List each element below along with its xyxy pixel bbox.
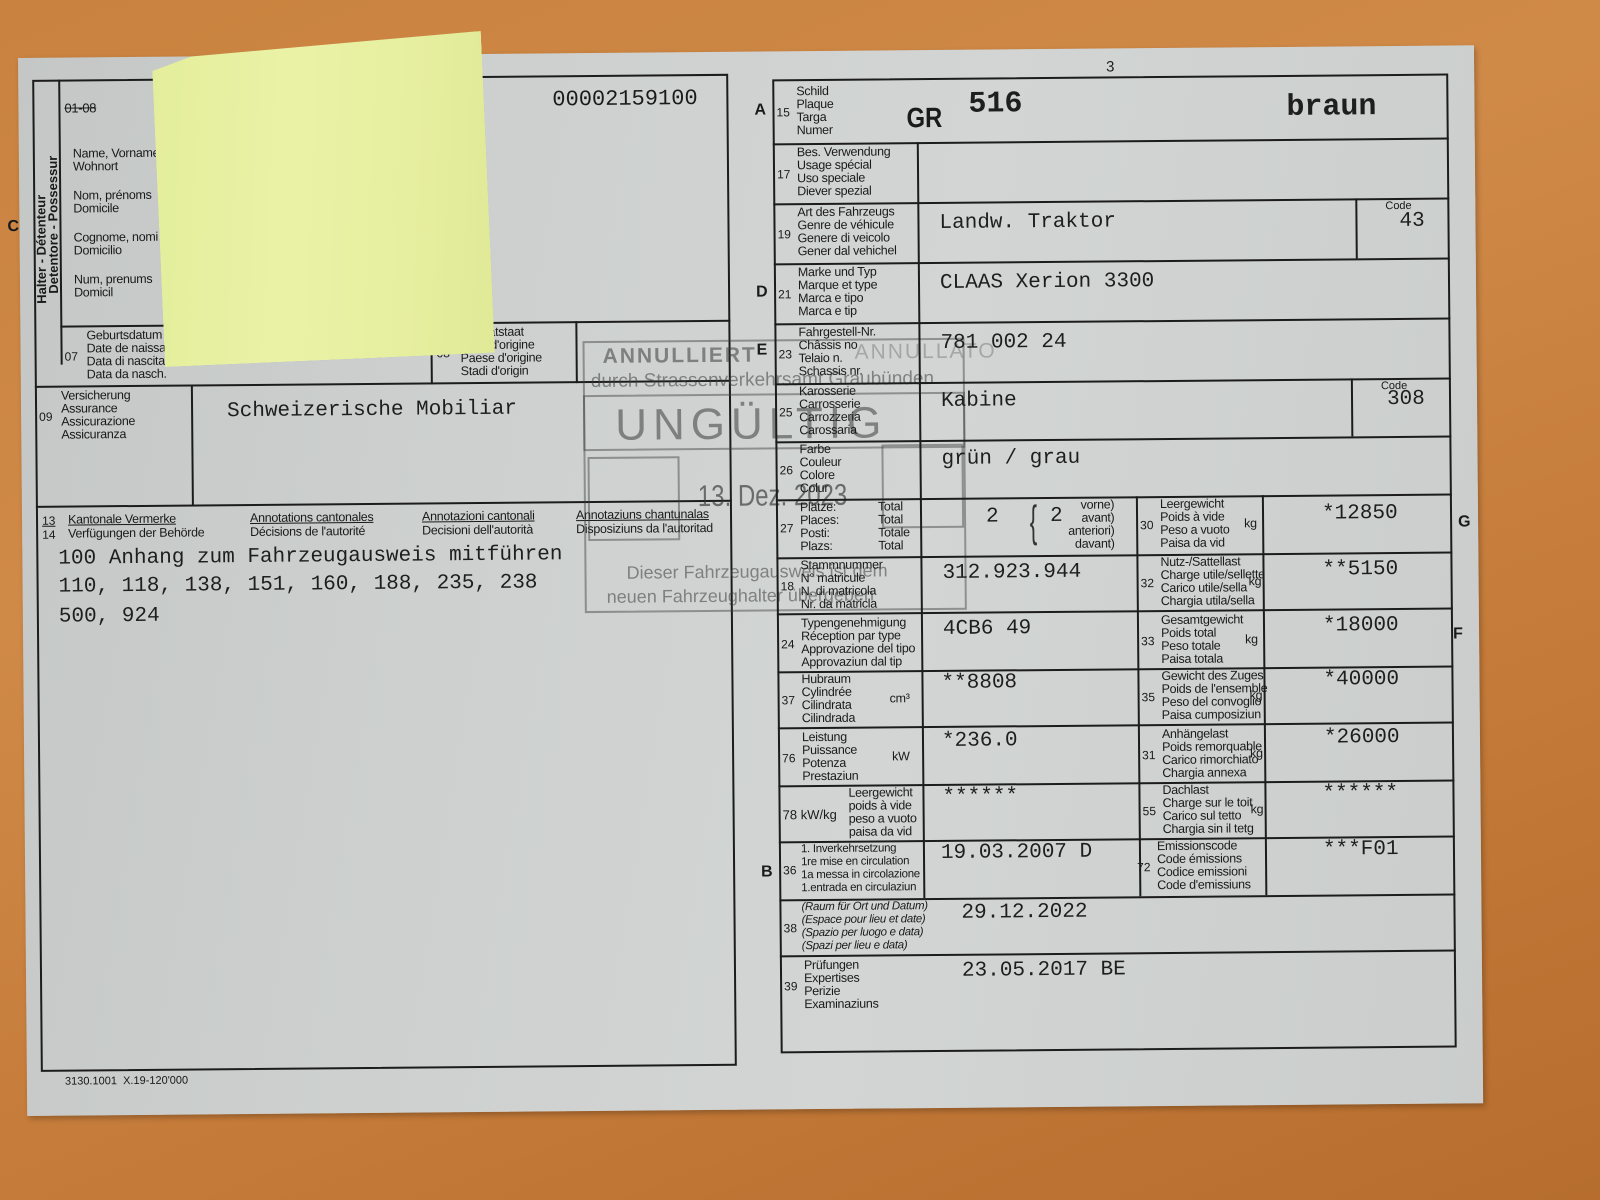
annotation-line-1: 100 Anhang zum Fahrzeugausweis mitführen — [58, 543, 562, 570]
unit: kW — [892, 750, 910, 763]
unit: kg — [1250, 689, 1263, 702]
field-number: 17 — [777, 167, 790, 181]
section-letter-b: B — [761, 863, 773, 881]
section-letter-g: G — [1458, 513, 1471, 531]
label: davant) — [1068, 537, 1114, 550]
field-number: 21 — [778, 287, 791, 301]
holder-label: Domicilio — [74, 244, 167, 258]
field-21-labels: Marke und Typ Marque et type Marca e tip… — [798, 266, 878, 319]
holder-vertical-label-2: Detentore - Possessur — [45, 156, 61, 294]
label: Paisa totala — [1161, 652, 1243, 666]
label: 1a messa in circolazione — [801, 868, 920, 882]
insurance-value: Schweizerische Mobiliar — [227, 398, 517, 424]
field-19-labels: Art des Fahrzeugs Genre de véhicule Gene… — [797, 205, 896, 258]
field-number: 31 — [1142, 748, 1155, 762]
field-number: 27 — [780, 521, 793, 535]
make-model-value: CLAAS Xerion 3300 — [940, 270, 1154, 295]
field-number: 39 — [784, 979, 797, 993]
field-23-labels: Fahrgestell-Nr. Châssis no Telaio n. Sch… — [798, 326, 876, 379]
holder-label: Wohnort — [73, 160, 166, 174]
label: Chargia annexa — [1162, 766, 1262, 780]
annotation-header: Decisioni dell'autorità — [422, 524, 533, 538]
field-39-labels: Prüfungen Expertises Perizie Examinaziun… — [804, 959, 879, 1012]
field-number: 78 kW/kg — [783, 807, 837, 822]
color-value: grün / grau — [941, 447, 1080, 471]
section-letter-d: D — [756, 283, 768, 301]
holder-labels: Name, Vornamen Wohnort Nom, prénoms Domi… — [73, 147, 167, 300]
payload-value: **5150 — [1322, 558, 1398, 582]
stamp-annulliert: ANNULLIERT — [603, 344, 757, 369]
field-17-labels: Bes. Verwendung Usage spécial Uso specia… — [797, 145, 891, 198]
field-number: 13 — [42, 514, 55, 528]
field-number: 38 — [784, 921, 797, 935]
label: Chargia utila/sella — [1161, 594, 1265, 608]
label: Plazs: — [800, 540, 839, 553]
field-15-labels: Schild Plaque Targa Numer — [796, 85, 834, 137]
label: (Spazio per luogo e data) — [802, 926, 928, 940]
label: Numer — [797, 124, 834, 137]
field-number: 19 — [778, 227, 791, 241]
unit: kg — [1249, 575, 1262, 588]
field-31-labels: Anhängelast Poids remorquable Carico rim… — [1162, 727, 1262, 780]
field-number: 24 — [781, 637, 794, 651]
plate-number: 516 — [968, 87, 1022, 121]
field-27-total-labels: Total Total Totale Total — [878, 500, 910, 552]
sticky-note[interactable] — [151, 31, 495, 367]
field-26-labels: Farbe Couleur Colore Colur — [799, 443, 841, 495]
section-letter-c: C — [7, 218, 19, 236]
first-registration-value: 19.03.2007 D — [941, 841, 1092, 865]
body-value: Kabine — [941, 389, 1017, 413]
unit: kg — [1251, 803, 1264, 816]
label: Cilindrada — [802, 712, 855, 725]
power-value: *236.0 — [942, 729, 1018, 753]
place-date-value: 29.12.2022 — [961, 901, 1087, 925]
plate-canton: GR — [906, 102, 942, 134]
label: Carossaria — [799, 424, 860, 438]
body-code: 308 — [1387, 388, 1425, 411]
field-72-labels: Emissionscode Code émissions Codice emis… — [1157, 839, 1251, 892]
seats-total: 2 — [986, 505, 999, 528]
vehicle-type-code: 43 — [1399, 210, 1424, 233]
field-33-labels: Gesamtgewicht Poids total Peso totale Pa… — [1161, 613, 1244, 666]
label: 1. Inverkehrsetzung — [801, 842, 920, 856]
label: Chargia sin il tetg — [1163, 822, 1254, 836]
empty-weight-value: *12850 — [1322, 502, 1398, 526]
field-number: 25 — [779, 405, 792, 419]
label: Schassis nr. — [799, 365, 877, 379]
annotation-line-2: 110, 118, 138, 151, 160, 188, 235, 238 — [59, 571, 538, 598]
trailer-load-value: *26000 — [1324, 726, 1400, 750]
annotation-header: Décisions de l'autorité — [250, 525, 365, 539]
label: Gener dal vehichel — [798, 244, 897, 258]
unit: kg — [1245, 633, 1258, 646]
field-number: 37 — [782, 693, 795, 707]
section-letter-e: E — [757, 341, 768, 359]
label: Total — [878, 539, 910, 552]
field-25-labels: Karosserie Carrosserie Carrozzeria Caros… — [799, 385, 861, 438]
struck-out-text: 01-08 — [64, 101, 96, 114]
section-letter-a: A — [754, 101, 766, 119]
field-number: 26 — [780, 463, 793, 477]
field-36-labels: 1. Inverkehrsetzung 1re mise en circulat… — [801, 842, 920, 895]
emissions-code-value: ***F01 — [1323, 838, 1399, 862]
label: 1re mise en circulation — [801, 855, 920, 869]
vehicle-type-value: Landw. Traktor — [939, 210, 1116, 235]
field-27-labels: Plätze: Places: Posti: Plazs: — [800, 501, 839, 553]
holder-label: Domicil — [74, 286, 167, 300]
label: (Spazi per lieu e data) — [802, 939, 928, 953]
label: paisa da vid — [849, 825, 917, 839]
combination-weight-value: *40000 — [1323, 668, 1399, 692]
field-27-front-labels: vorne) avant) anteriori) davant) — [1068, 498, 1115, 550]
field-number: 07 — [65, 349, 78, 363]
field-30-labels: Leergewicht Poids à vide Peso a vuoto Pa… — [1160, 497, 1230, 550]
label: Paisa da vid — [1160, 536, 1229, 550]
field-number: 72 — [1137, 860, 1150, 874]
annotation-header: Annotazioni cantonali — [422, 510, 535, 524]
holder-label: Domicile — [73, 202, 166, 216]
label: (Espace pour lieu et date) — [802, 913, 928, 927]
field-18-labels: Stammnummer N° matricule N. di matricola… — [800, 558, 883, 611]
type-approval-value: 4CB6 49 — [943, 617, 1031, 641]
label: Assicuranza — [61, 428, 135, 442]
field-76-labels: Leistung Puissance Potenza Prestaziun — [802, 731, 859, 783]
swiss-coat-of-arms-icon — [588, 456, 681, 541]
field-number: 30 — [1140, 518, 1153, 532]
section-letter-f: F — [1453, 625, 1463, 643]
field-09-labels: Versicherung Assurance Assicurazione Ass… — [61, 389, 135, 442]
unit: cm³ — [890, 692, 910, 705]
serial-number: 00002159100 — [552, 86, 697, 112]
field-55-labels: Dachlast Charge sur le toit Carico sul t… — [1162, 783, 1253, 836]
label: Stadi d'origin — [461, 364, 542, 378]
seats-front: 2 — [1050, 505, 1063, 528]
plate-color: braun — [1286, 90, 1376, 125]
roof-load-value: ****** — [1322, 782, 1398, 806]
annotation-line-3: 500, 924 — [59, 605, 160, 629]
label: Data da nasch. — [87, 368, 186, 382]
chassis-value: 781 002 24 — [940, 331, 1066, 355]
label: Paisa cumposiziun — [1162, 708, 1268, 722]
page-number: 3 — [1106, 58, 1114, 75]
field-number: 76 — [782, 751, 795, 765]
field-number: 32 — [1141, 576, 1154, 590]
label: Code d'emissiuns — [1157, 878, 1251, 892]
field-number: 23 — [779, 347, 792, 361]
field-37-labels: Hubraum Cylindrée Cilindrata Cilindrada — [801, 673, 855, 725]
annotation-header: Verfügungen der Behörde — [68, 526, 204, 540]
inspections-value: 23.05.2017 BE — [962, 958, 1126, 982]
field-number: 36 — [783, 863, 796, 877]
field-38-labels: (Raum für Ort und Datum) (Espace pour li… — [801, 900, 928, 953]
label: Colur — [800, 482, 842, 495]
field-24-labels: Typengenehmigung Réception par type Appr… — [801, 616, 915, 669]
label: 1.entrada en circulaziun — [801, 881, 920, 895]
field-number: 18 — [781, 579, 794, 593]
field-number: 35 — [1142, 690, 1155, 704]
displacement-value: **8808 — [941, 671, 1017, 695]
label: Diever spezial — [797, 184, 891, 198]
label: Marca e tip — [798, 305, 877, 319]
label: Examinaziuns — [804, 998, 878, 1012]
label: (Raum für Ort und Datum) — [801, 900, 927, 914]
unit: kg — [1244, 517, 1257, 530]
unit: kg — [1250, 747, 1263, 760]
annotation-header: Kantonale Vermerke — [68, 513, 176, 527]
field-number: 14 — [42, 528, 55, 542]
label: Approvaziun dal tip — [801, 655, 915, 669]
field-78-labels: Leergewicht poids à vide peso a vuoto pa… — [848, 786, 916, 839]
total-weight-value: *18000 — [1323, 614, 1399, 638]
field-number: 33 — [1141, 634, 1154, 648]
field-number: 09 — [39, 410, 52, 424]
base-number-value: 312.923.944 — [942, 561, 1081, 585]
power-weight-value: ****** — [942, 785, 1018, 809]
field-number: 55 — [1143, 804, 1156, 818]
label: Prestaziun — [802, 770, 858, 783]
field-number: 15 — [776, 105, 789, 119]
label: Nr. da matricla — [801, 597, 883, 611]
footer-code: 3130.1001 X.19-120'000 — [65, 1075, 188, 1088]
brace: { — [1030, 497, 1038, 547]
annotation-header: Annotations cantonales — [250, 511, 373, 525]
